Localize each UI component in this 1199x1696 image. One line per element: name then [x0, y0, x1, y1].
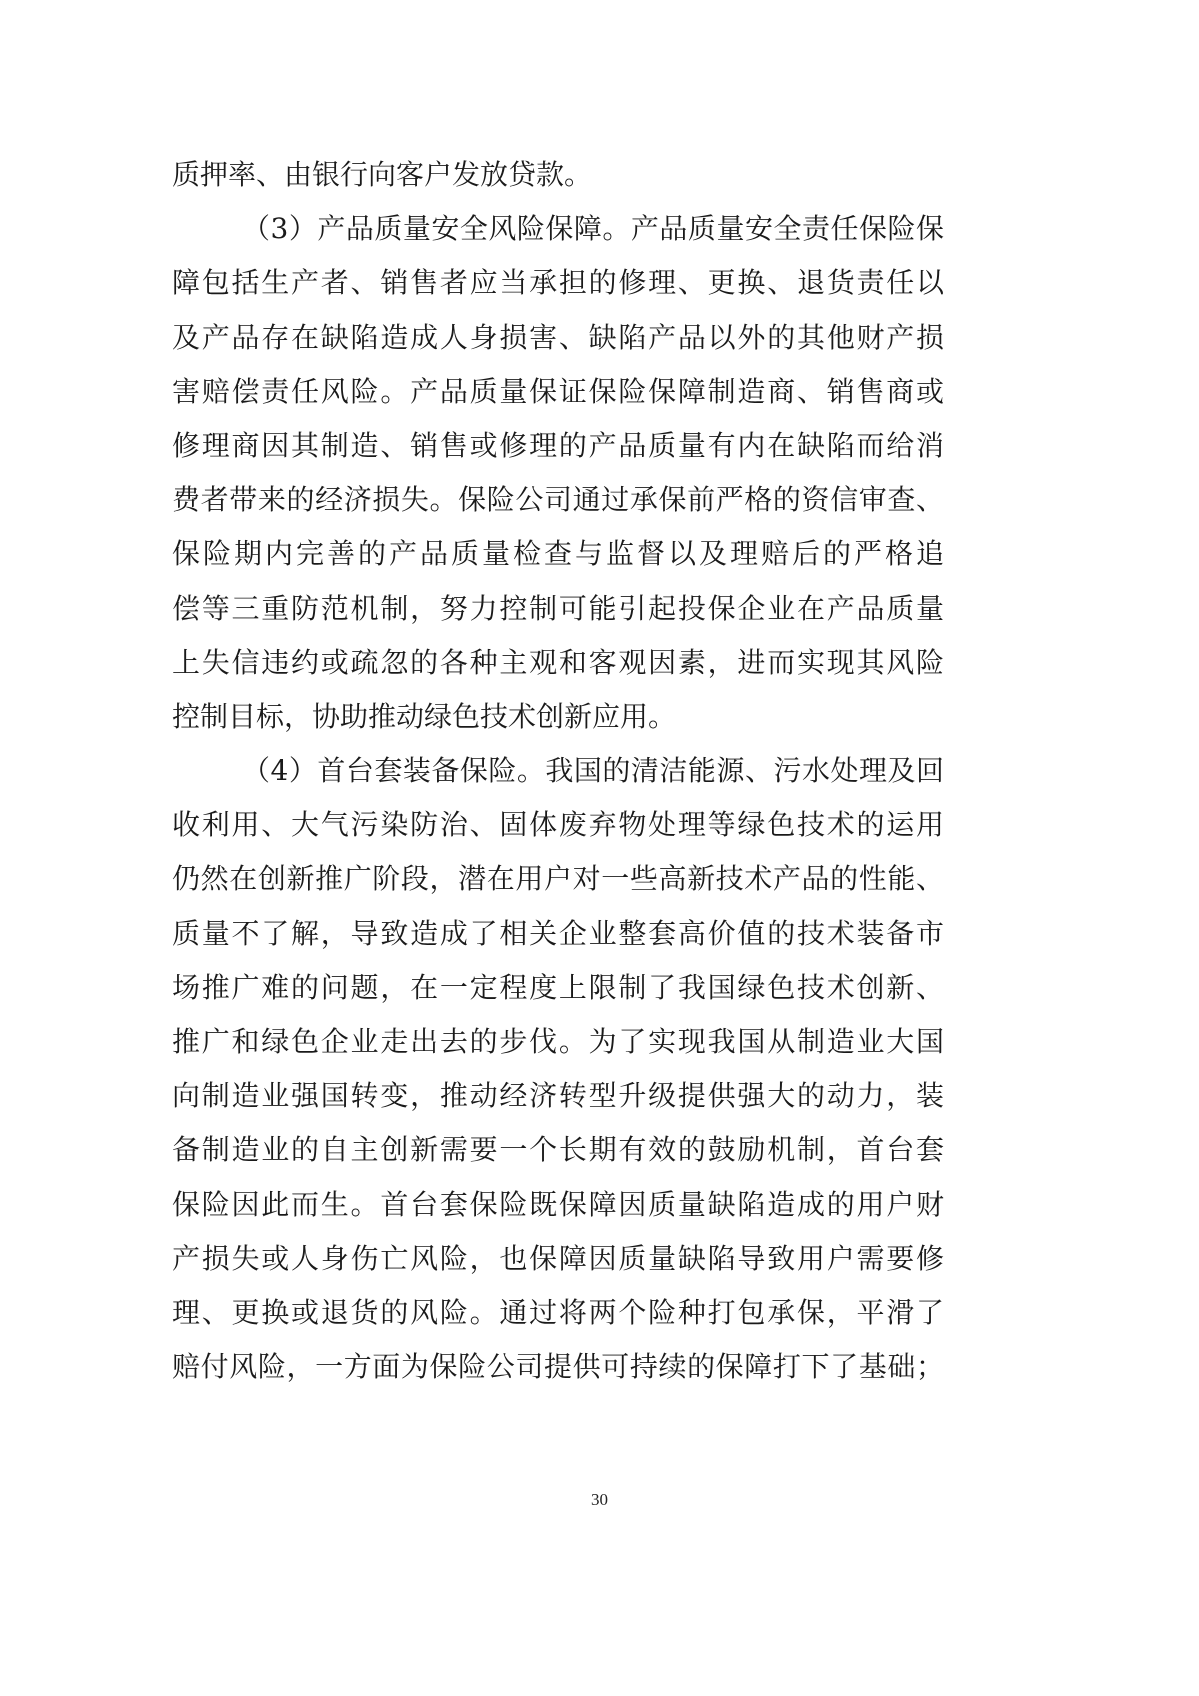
text-line: 备制造业的自主创新需要一个长期有效的鼓励机制，首台套 [172, 1123, 944, 1177]
text-line: 仍然在创新推广阶段，潜在用户对一些高新技术产品的性能、 [172, 852, 944, 906]
text-line: 及产品存在缺陷造成人身损害、缺陷产品以外的其他财产损 [172, 311, 944, 365]
text-line: 控制目标，协助推动绿色技术创新应用。 [172, 690, 944, 744]
text-line: 修理商因其制造、销售或修理的产品质量有内在缺陷而给消 [172, 419, 944, 473]
text-line: 理、更换或退货的风险。通过将两个险种打包承保，平滑了 [172, 1286, 944, 1340]
text-line: 偿等三重防范机制，努力控制可能引起投保企业在产品质量 [172, 582, 944, 636]
text-line: 费者带来的经济损失。保险公司通过承保前严格的资信审查、 [172, 473, 944, 527]
text-line: 上失信违约或疏忽的各种主观和客观因素，进而实现其风险 [172, 636, 944, 690]
text-line: 质押率、由银行向客户发放贷款。 [172, 148, 944, 202]
paragraph-heading-line: （3）产品质量安全风险保障。产品质量安全责任保险保 [172, 202, 944, 256]
text-line: 害赔偿责任风险。产品质量保证保险保障制造商、销售商或 [172, 365, 944, 419]
text-line: 场推广难的问题，在一定程度上限制了我国绿色技术创新、 [172, 961, 944, 1015]
text-line: 向制造业强国转变，推动经济转型升级提供强大的动力，装 [172, 1069, 944, 1123]
paragraph-heading-line: （4）首台套装备保险。我国的清洁能源、污水处理及回 [172, 744, 944, 798]
text-line: 收利用、大气污染防治、固体废弃物处理等绿色技术的运用 [172, 798, 944, 852]
text-line: 保险因此而生。首台套保险既保障因质量缺陷造成的用户财 [172, 1178, 944, 1232]
text-line: 产损失或人身伤亡风险，也保障因质量缺陷导致用户需要修 [172, 1232, 944, 1286]
text-line: 质量不了解，导致造成了相关企业整套高价值的技术装备市 [172, 907, 944, 961]
text-line: 障包括生产者、销售者应当承担的修理、更换、退货责任以 [172, 256, 944, 310]
body-text: 质押率、由银行向客户发放贷款。 （3）产品质量安全风险保障。产品质量安全责任保险… [172, 148, 944, 1394]
text-line: 赔付风险，一方面为保险公司提供可持续的保障打下了基础； [172, 1340, 944, 1394]
text-line: 保险期内完善的产品质量检查与监督以及理赔后的严格追 [172, 527, 944, 581]
page-number: 30 [0, 1490, 1199, 1510]
text-line: 推广和绿色企业走出去的步伐。为了实现我国从制造业大国 [172, 1015, 944, 1069]
document-page: 质押率、由银行向客户发放贷款。 （3）产品质量安全风险保障。产品质量安全责任保险… [0, 0, 1199, 1696]
